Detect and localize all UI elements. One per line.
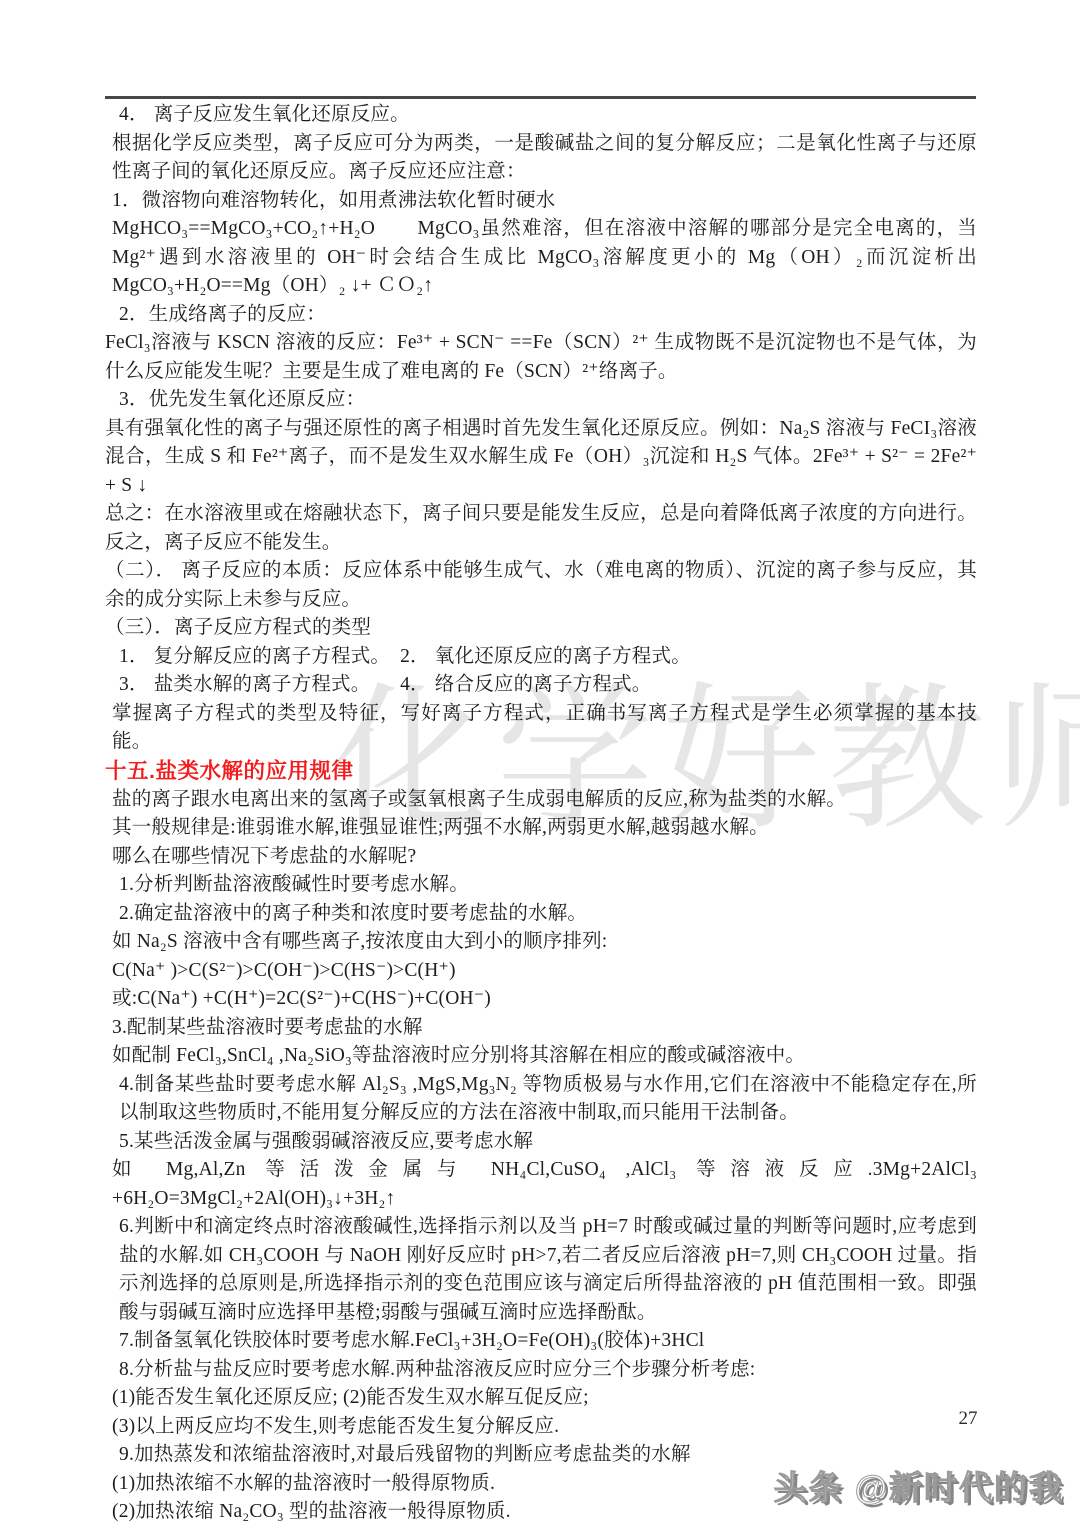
paragraph: 总之：在水溶液里或在熔融状态下，离子间只要是能发生反应，总是向着降低离子浓度的方… — [105, 500, 977, 557]
paragraph: 哪么在哪些情况下考虑盐的水解呢? — [105, 843, 977, 872]
paragraph: 或:C(Na⁺) +C(H⁺)=2C(S²⁻)+C(HS⁻)+C(OH⁻) — [105, 985, 977, 1014]
footer-watermark: 头条 @新时代的我 — [774, 1462, 1064, 1509]
paragraph: 如 Mg,Al,Zn 等活泼金属与 NH₄Cl,CuSO₄ ,AlCl₃ 等溶液… — [105, 1156, 977, 1213]
paragraph: C(Na⁺ )>C(S²⁻)>C(OH⁻)>C(HS⁻)>C(H⁺) — [105, 957, 977, 986]
paragraph: 5.某些活泼金属与强酸弱碱溶液反应,要考虑水解 — [105, 1128, 977, 1157]
paragraph: （二）． 离子反应的本质：反应体系中能够生成气、水（难电离的物质）、沉淀的离子参… — [105, 557, 977, 614]
paragraph: 1． 复分解反应的离子方程式。 2． 氧化还原反应的离子方程式。 — [105, 643, 977, 672]
document-body: 4． 离子反应发生氧化还原反应。根据化学反应类型，离子反应可分为两类，一是酸碱盐… — [105, 101, 977, 1527]
paragraph: 4.制备某些盐时要考虑水解 Al₂S₃ ,MgS,Mg₃N₂ 等物质极易与水作用… — [105, 1071, 977, 1128]
header-rule — [105, 96, 976, 99]
paragraph: 掌握离子方程式的类型及特征，写好离子方程式，正确书写离子方程式是学生必须掌握的基… — [105, 700, 977, 757]
paragraph: (1)能否发生氧化还原反应; (2)能否发生双水解互促反应; — [105, 1384, 977, 1413]
paragraph: 3.配制某些盐溶液时要考虑盐的水解 — [105, 1014, 977, 1043]
paragraph: 1．微溶物向难溶物转化，如用煮沸法软化暂时硬水 — [105, 187, 977, 216]
paragraph: 如 Na₂S 溶液中含有哪些离子,按浓度由大到小的顺序排列: — [105, 928, 977, 957]
paragraph: MgHCO₃==MgCO₃+CO₂↑+H₂O MgCO₃虽然难溶，但在溶液中溶解… — [105, 215, 977, 301]
document-page: 化学好教师 4． 离子反应发生氧化还原反应。根据化学反应类型，离子反应可分为两类… — [0, 0, 1080, 1527]
paragraph: 7.制备氢氧化铁胶体时要考虑水解.FeCl₃+3H₂O=Fe(OH)₃(胶体)+… — [105, 1327, 977, 1356]
paragraph: 4． 离子反应发生氧化还原反应。 — [105, 101, 977, 130]
paragraph: 2．生成络离子的反应： — [105, 301, 977, 330]
paragraph: 2.确定盐溶液中的离子种类和浓度时要考虑盐的水解。 — [105, 900, 977, 929]
paragraph: (3)以上两反应均不发生,则考虑能否发生复分解反应. — [105, 1413, 977, 1442]
paragraph: 根据化学反应类型，离子反应可分为两类，一是酸碱盐之间的复分解反应；二是氧化性离子… — [105, 130, 977, 187]
paragraph: （三）．离子反应方程式的类型 — [105, 614, 977, 643]
paragraph: 3． 盐类水解的离子方程式。 4． 络合反应的离子方程式。 — [105, 671, 977, 700]
section-heading: 十五.盐类水解的应用规律 — [105, 757, 977, 786]
paragraph: 具有强氧化性的离子与强还原性的离子相遇时首先发生氧化还原反应。例如：Na₂S 溶… — [105, 415, 977, 501]
paragraph: 如配制 FeCl₃,SnCl₄ ,Na₂SiO₃等盐溶液时应分别将其溶解在相应的… — [105, 1042, 977, 1071]
paragraph: 8.分析盐与盐反应时要考虑水解.两种盐溶液反应时应分三个步骤分析考虑: — [105, 1356, 977, 1385]
paragraph: 3．优先发生氧化还原反应： — [105, 386, 977, 415]
paragraph: 其一般规律是:谁弱谁水解,谁强显谁性;两强不水解,两弱更水解,越弱越水解。 — [105, 814, 977, 843]
paragraph: 盐的离子跟水电离出来的氢离子或氢氧根离子生成弱电解质的反应,称为盐类的水解。 — [105, 786, 977, 815]
paragraph: 6.判断中和滴定终点时溶液酸碱性,选择指示剂以及当 pH=7 时酸或碱过量的判断… — [105, 1213, 977, 1327]
paragraph: FeCl₃溶液与 KSCN 溶液的反应：Fe³⁺ + SCN⁻ ==Fe（SCN… — [105, 329, 977, 386]
page-number: 27 — [948, 1408, 988, 1430]
paragraph: 1.分析判断盐溶液酸碱性时要考虑水解。 — [105, 871, 977, 900]
